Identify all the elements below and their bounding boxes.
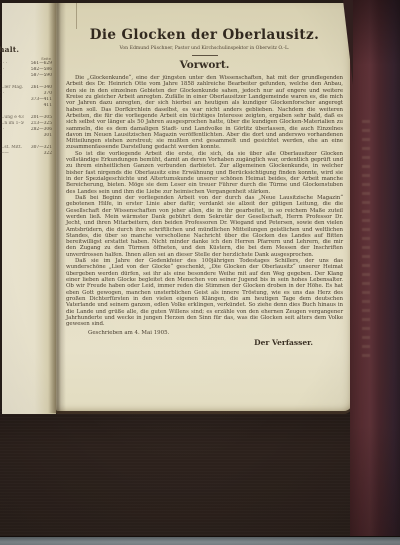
paragraph: Die „Glockenkunde“, eine der jüngsten un… [66, 75, 343, 151]
table-surface [0, 408, 400, 538]
table-edge-strip [0, 536, 400, 545]
book-cover-edge [350, 0, 400, 545]
book-page: Die Glocken der Oberlausitz. Von Edmund … [56, 3, 352, 411]
closing-date-line: Geschrieben am 4. Mai 1905. [66, 330, 343, 336]
author-signature: Der Verfasser. [66, 338, 343, 347]
contents-entry-fragment: · [0, 73, 24, 79]
contents-page-numbers: 322 [44, 151, 52, 157]
book-photo: halt. Seite · · ·561—629· ·582—586·587—5… [0, 0, 400, 545]
title-divider [192, 55, 218, 56]
spine-texture [362, 120, 370, 360]
contents-row: 301 [2, 133, 56, 139]
section-heading: Vorwort. [66, 59, 343, 71]
page-edge-crease [76, 3, 77, 29]
page-title: Die Glocken der Oberlausitz. [66, 27, 343, 43]
contents-heading-fragment: halt. [0, 45, 56, 54]
contents-row: ·587—590 [2, 73, 56, 79]
contents-row: 411 [2, 103, 56, 109]
contents-rows: · · ·561—629· ·582—586·587—590…ler Mag.2… [2, 61, 56, 157]
facing-contents-page: halt. Seite · · ·561—629· ·582—586·587—5… [2, 3, 56, 414]
contents-page-numbers: 301 [44, 133, 52, 139]
contents-row: ——322 [2, 151, 56, 157]
paragraph: Daß bei Beginn der vorliegenden Arbeit v… [66, 195, 343, 258]
foreword-text: Die „Glockenkunde“, eine der jüngsten un… [66, 75, 343, 328]
paragraph: So ist die vorliegende Arbeit die erste,… [66, 151, 343, 195]
contents-entry-fragment: —— [0, 151, 24, 157]
contents-page-numbers: 411 [44, 103, 52, 109]
paragraph: Daß sie im Jahre der Gedenkfeier des 100… [66, 258, 343, 327]
author-byline: Von Edmund Püschner, Pastor und Kirchsch… [66, 46, 343, 51]
contents-page-numbers: 587—590 [31, 73, 52, 79]
